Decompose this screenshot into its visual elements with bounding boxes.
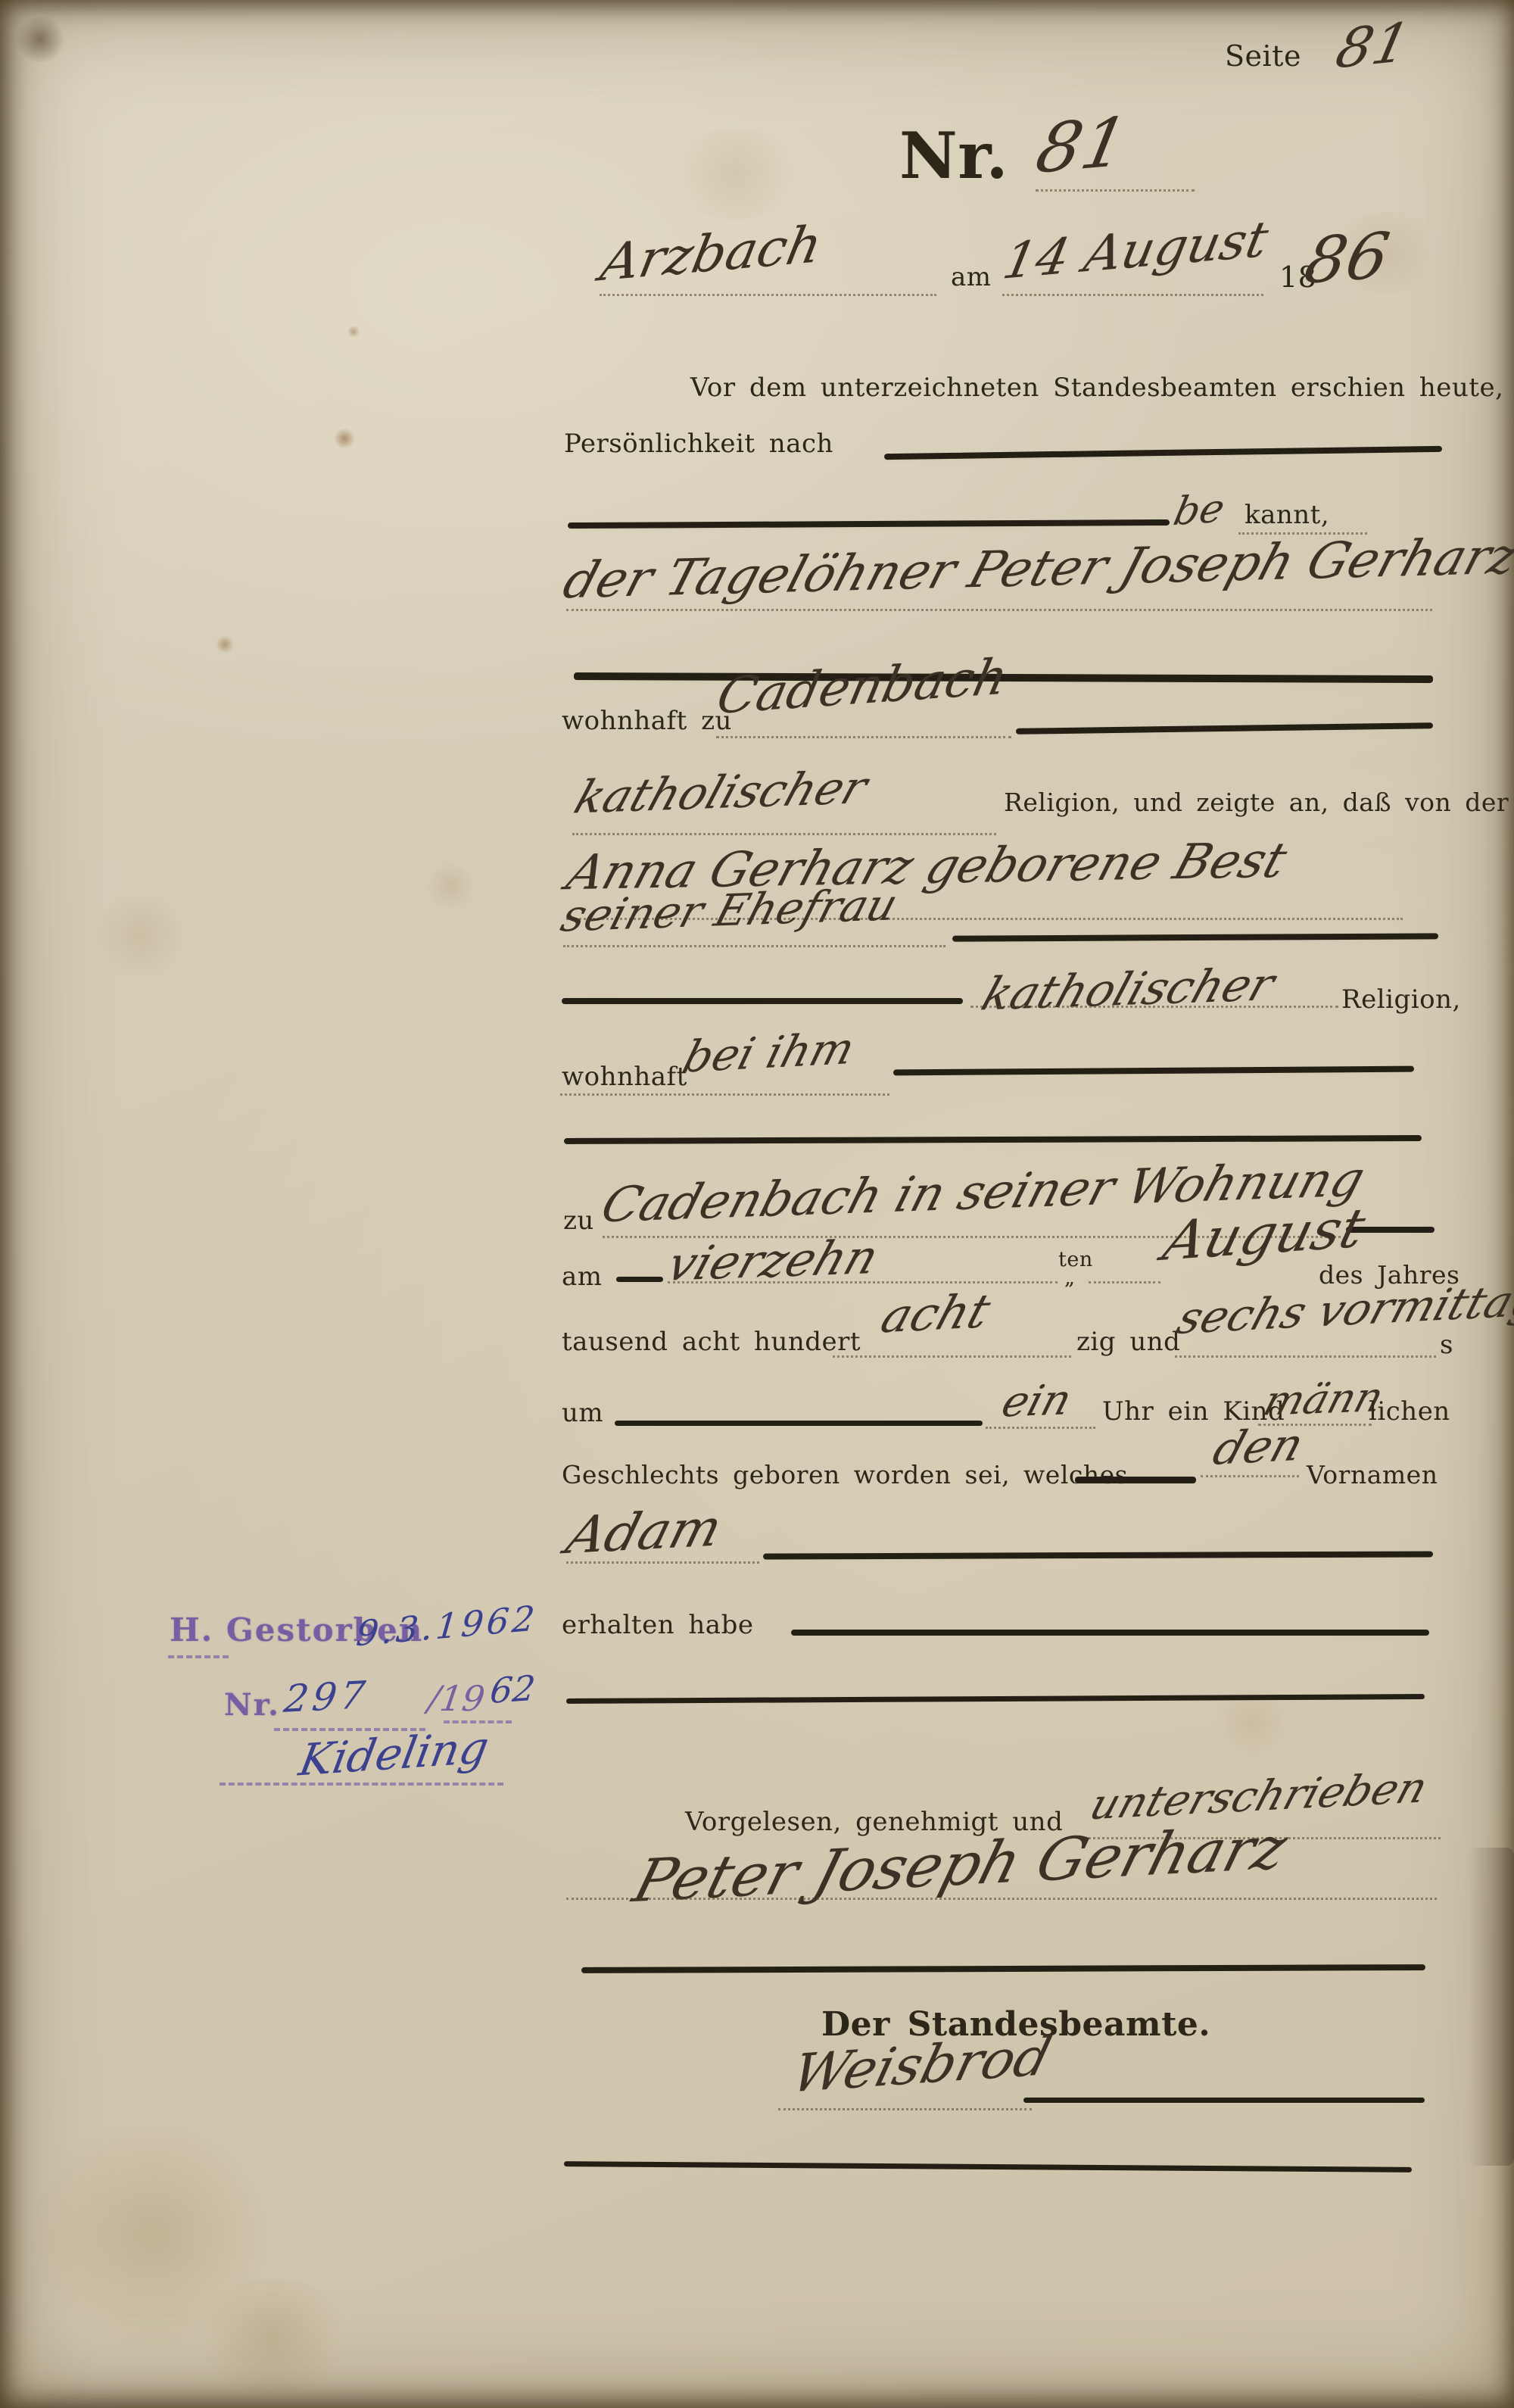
lichen-label: lichen [1369,1396,1450,1427]
dotted-line [560,1093,889,1096]
residence-label: wohnhaft zu [562,706,732,736]
ten-label: ten [1058,1248,1093,1271]
hour-entry: ein [996,1375,1077,1427]
dotted-line [1175,1355,1436,1358]
wohnhaft-label: wohnhaft [562,1062,687,1092]
den-entry: den [1207,1418,1310,1476]
dotted-line [566,609,1432,611]
paper-edge-shadow [1469,1848,1514,2166]
religion-entry-2: katholischer [975,958,1281,1021]
ten-quote-mark: „ [1064,1266,1076,1290]
be-entry: be [1170,486,1229,535]
vornamen-label: Vornamen [1307,1460,1438,1489]
dotted-line [572,833,996,835]
zu-label: zu [563,1206,594,1236]
wife-entry: seiner Ehefrau [556,878,904,941]
dotted-line [1002,294,1263,296]
dotted-line [566,1898,1437,1900]
s-label: s [1440,1330,1453,1360]
dotted-line [778,2108,1032,2110]
stamp-underline [220,1783,503,1786]
paper-stain [14,17,67,62]
document-page: Seite 81 Nr. 81 Arzbach am 14 August 18 … [0,0,1514,2408]
religion-label-2: Religion, [1341,984,1461,1015]
record-number-label: Nr. [899,118,1008,193]
paper-stain [23,2120,280,2347]
religion-label-1: Religion, und zeigte an, daß von der [1004,788,1509,817]
form-rule [581,1964,1425,1973]
death-nr-label: Nr. [224,1687,280,1723]
form-rule [564,2161,1412,2173]
dotted-line [563,945,945,947]
form-rule [952,933,1438,941]
page-number: 81 [1331,10,1416,80]
intro-text: Vor dem unterzeichneten Standesbeamten e… [690,373,1514,403]
form-rule [615,1421,983,1426]
form-rule [566,1694,1425,1704]
dotted-line [970,1006,1338,1008]
paper-stain [347,326,360,338]
death-date-entry: 9.3.1962 [354,1598,539,1654]
residence-entry: Cadenbach [712,647,1013,725]
personality-label: Persönlichkeit nach [564,429,833,459]
um-label: um [562,1398,603,1428]
form-rule [616,1277,663,1282]
dotted-line [1036,189,1195,192]
date-entry: 14 August [998,210,1273,290]
form-rule [893,1066,1414,1076]
zig-und-label: zig und [1076,1327,1180,1357]
kannt-label: kannt, [1245,500,1329,530]
year-entry: 86 [1299,218,1394,298]
place-entry: Arzbach [596,215,827,293]
declarant-entry: der Tagelöhner Peter Joseph Gerharz [556,527,1514,610]
form-rule [568,519,1170,529]
dotted-line [600,294,936,296]
form-rule [884,446,1442,460]
geschlechts-label: Geschlechts geboren worden sei, welches [562,1460,1128,1489]
year-tens-entry: acht [874,1283,997,1343]
form-rule [763,1551,1433,1559]
record-number: 81 [1030,102,1134,189]
page-label: Seite [1225,39,1301,73]
paper-stain [215,636,235,653]
death-record-no: 297 [282,1673,371,1721]
dotted-line [986,1427,1095,1429]
form-rule [1016,722,1433,735]
paper-stain [189,2279,356,2393]
form-rule [1075,1477,1196,1483]
religion-entry-1: katholischer [568,761,874,824]
form-rule [562,998,963,1004]
death-slash-19: /19 [425,1678,488,1719]
dotted-line [1201,1475,1299,1477]
dotted-line [1089,1281,1160,1284]
child-name-entry: Adam [560,1499,728,1566]
erhalten-habe-label: erhalten habe [562,1610,753,1640]
clerk-signature: Kideling [295,1722,493,1786]
am-label: am [951,262,992,292]
dotted-line [833,1355,1071,1358]
paper-stain [424,863,477,909]
death-year-entry: 62 [488,1667,537,1711]
stamp-underline [168,1655,229,1658]
paper-stain [666,129,802,220]
form-rule [791,1630,1429,1636]
form-rule [1023,2098,1425,2103]
bei-ihm-entry: bei ihm [678,1022,860,1082]
year-words-label: tausend acht hundert [562,1327,861,1357]
am-label-2: am [562,1262,603,1292]
form-rule [564,1135,1422,1144]
dotted-line [716,736,1011,738]
dotted-line [566,1561,759,1564]
dotted-line [668,1281,1058,1284]
paper-stain [333,429,356,448]
paper-stain [91,894,189,977]
